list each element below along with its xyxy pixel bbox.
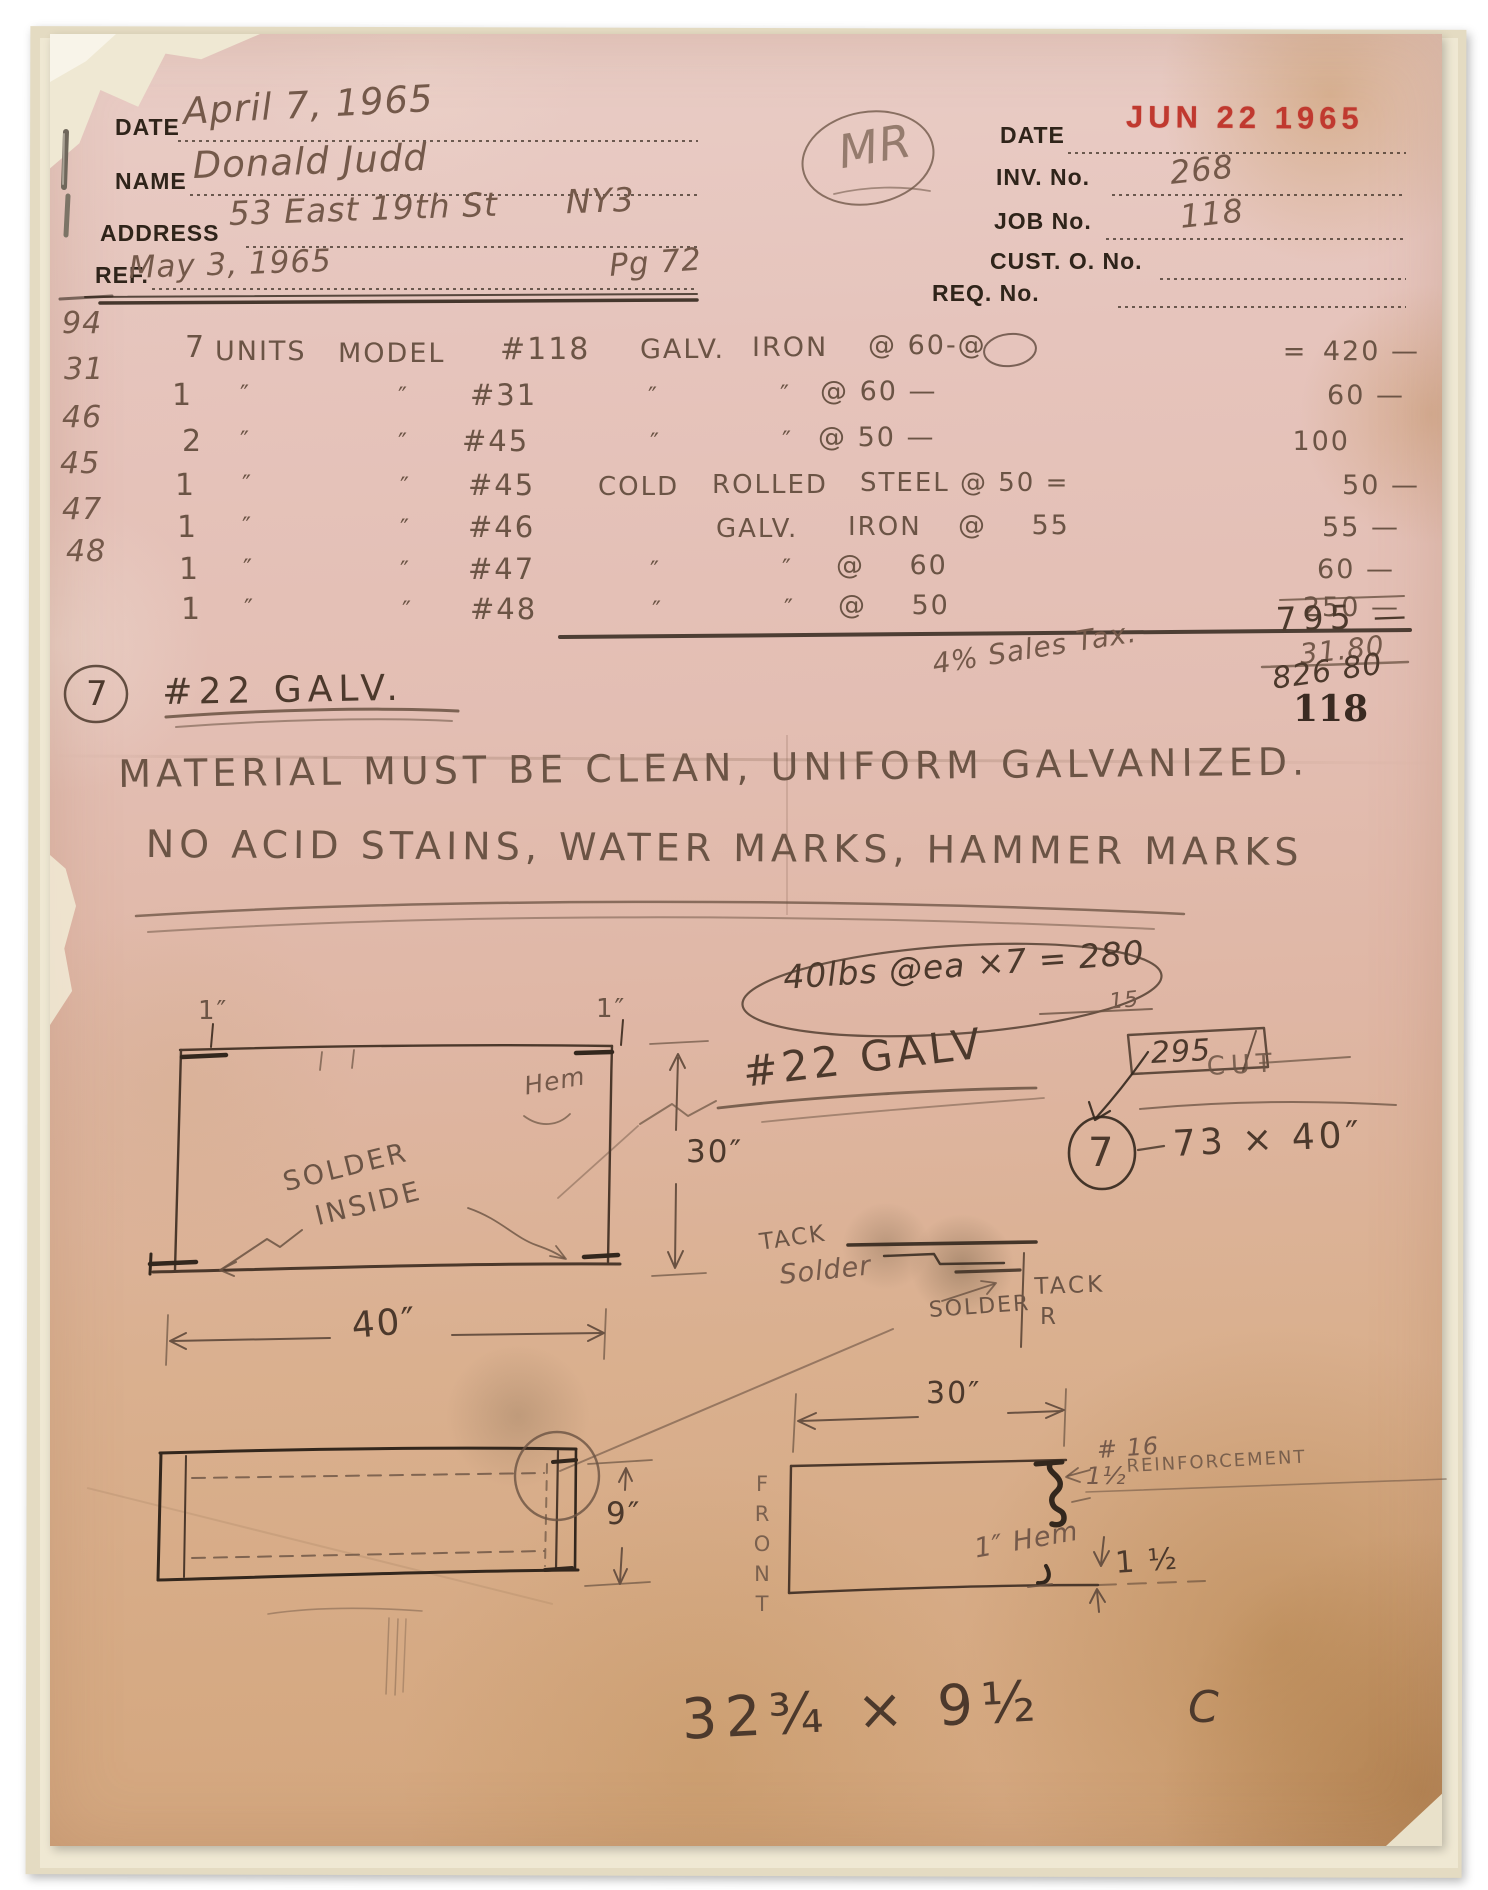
row-num: #45 xyxy=(468,468,535,502)
row-amount: = 420 — xyxy=(1180,336,1420,367)
ref-line-left xyxy=(152,288,698,290)
height-dimension: 30″ xyxy=(686,1134,743,1170)
row-material: ″ xyxy=(784,594,795,622)
row-units: ″ xyxy=(242,512,253,540)
row-amount: 100 xyxy=(1150,426,1350,457)
row-model: ″ xyxy=(400,472,411,500)
row-material: ″ xyxy=(650,428,661,456)
margin-number: 48 xyxy=(66,534,106,569)
gauge-qty-circled: 7 xyxy=(86,674,110,714)
boxed-total: 295 xyxy=(1150,1033,1212,1071)
row-price: @ 60 xyxy=(836,550,948,581)
row-model: ″ xyxy=(398,428,409,456)
date-stamp: JUN 22 1965 xyxy=(1126,99,1364,137)
row-num: #47 xyxy=(468,552,535,586)
date-label-left: DATE xyxy=(115,114,180,141)
row-qty: 7 xyxy=(185,330,206,365)
row-material: COLD xyxy=(598,472,679,502)
row-qty: 1 xyxy=(181,592,202,627)
row-units: UNITS xyxy=(215,336,307,367)
front-label: FRONT xyxy=(750,1472,774,1622)
cut-label: CUT xyxy=(1206,1048,1279,1082)
row-amount: 50 — xyxy=(1180,470,1420,501)
row-price: STEEL @ 50 = xyxy=(860,468,1069,498)
carry-digits: 15 xyxy=(1108,987,1140,1015)
row-qty: 1 xyxy=(179,552,200,587)
row-amount: 60 — xyxy=(1175,554,1395,585)
ref-value: May 3, 1965 xyxy=(128,243,332,286)
row-material: ″ xyxy=(782,426,793,454)
margin-number: 47 xyxy=(62,492,102,527)
row-price: @ 60 — xyxy=(820,376,938,407)
row-material: ″ xyxy=(782,554,793,582)
row-model: ″ xyxy=(398,382,409,410)
inv-label: INV. No. xyxy=(996,164,1090,191)
row-material: IRON xyxy=(752,332,828,363)
row-model: ″ xyxy=(402,596,413,624)
row-qty: 1 xyxy=(175,468,196,503)
margin-number: 31 xyxy=(64,352,104,387)
row-model: ″ xyxy=(400,514,411,542)
row-num: #45 xyxy=(462,424,529,458)
row-units: ″ xyxy=(243,554,254,582)
name-label: NAME xyxy=(115,168,187,195)
req-line-right xyxy=(1118,306,1406,308)
row-material: ″ xyxy=(652,596,663,624)
row-qty: 2 xyxy=(182,424,203,459)
material-note-line2: NO ACID STAINS, WATER MARKS, HAMMER MARK… xyxy=(146,822,1304,874)
date-line-right xyxy=(1068,152,1406,154)
ref-page: Pg 72 xyxy=(608,242,703,284)
cust-label: CUST. O. No. xyxy=(990,248,1143,275)
name-value: Donald Judd xyxy=(192,136,428,187)
row-qty: 1 xyxy=(172,378,193,413)
row-qty: 1 xyxy=(177,510,198,545)
row-material: IRON xyxy=(848,512,922,542)
row-price: @ 55 xyxy=(958,510,1070,541)
gauge-note: #22 GALV. xyxy=(162,668,404,713)
row-model: MODEL xyxy=(338,338,445,369)
hem-tick-left: 1″ xyxy=(198,996,228,1026)
row-material: ROLLED xyxy=(712,470,828,500)
row-units: ″ xyxy=(244,594,255,622)
row-amount: 60 — xyxy=(1180,380,1405,411)
job-value: 118 xyxy=(1178,191,1246,235)
row-units: ″ xyxy=(240,426,251,454)
row-model: ″ xyxy=(400,556,411,584)
inv-line-right xyxy=(1112,194,1406,196)
row-material: GALV. xyxy=(716,514,798,544)
inv-value: 268 xyxy=(1168,147,1236,191)
printed-job-number: 118 xyxy=(1293,688,1368,730)
row-material: GALV. xyxy=(640,334,725,365)
tack-label: TACK xyxy=(1034,1272,1106,1300)
row-material: ″ xyxy=(650,556,661,584)
date-label-right: DATE xyxy=(1000,122,1065,149)
document-scan: DATE April 7, 1965 NAME Donald Judd ADDR… xyxy=(0,0,1488,1890)
row-units: ″ xyxy=(240,380,251,408)
margin-number: 46 xyxy=(62,400,102,435)
hem-tick-right: 1″ xyxy=(596,994,626,1024)
side-width-dimension: 30″ xyxy=(926,1376,981,1411)
cust-line-right xyxy=(1160,278,1406,280)
hem-gap-dimension: 1 ½ xyxy=(1114,1542,1180,1581)
reinforcement-size: 1½ xyxy=(1086,1462,1127,1490)
width-dimension: 40″ xyxy=(350,1300,419,1347)
margin-number: 94 xyxy=(62,306,102,341)
row-material: ″ xyxy=(780,380,791,408)
row-num: #46 xyxy=(468,510,535,544)
job-line-right xyxy=(1106,238,1406,240)
req-label: REQ. No. xyxy=(932,280,1040,307)
row-amount: 55 — xyxy=(1175,512,1400,543)
address-label: ADDRESS xyxy=(100,220,219,247)
row-num: #48 xyxy=(470,592,537,626)
tack-r-label: R xyxy=(1040,1304,1058,1330)
row-num: #31 xyxy=(470,378,537,412)
row-price: @ 60-@ xyxy=(868,330,987,361)
row-num: #118 xyxy=(500,332,590,367)
mark-c: C xyxy=(1188,1682,1220,1733)
row-material: ″ xyxy=(648,382,659,410)
job-label: JOB No. xyxy=(994,208,1092,235)
margin-number: 45 xyxy=(60,446,100,481)
cut-qty-circled: 7 xyxy=(1088,1130,1115,1176)
row-units: ″ xyxy=(242,470,253,498)
tray-height-dimension: 9″ xyxy=(606,1496,641,1532)
row-price: @ 50 xyxy=(838,590,950,621)
row-price: @ 50 — xyxy=(818,422,936,453)
